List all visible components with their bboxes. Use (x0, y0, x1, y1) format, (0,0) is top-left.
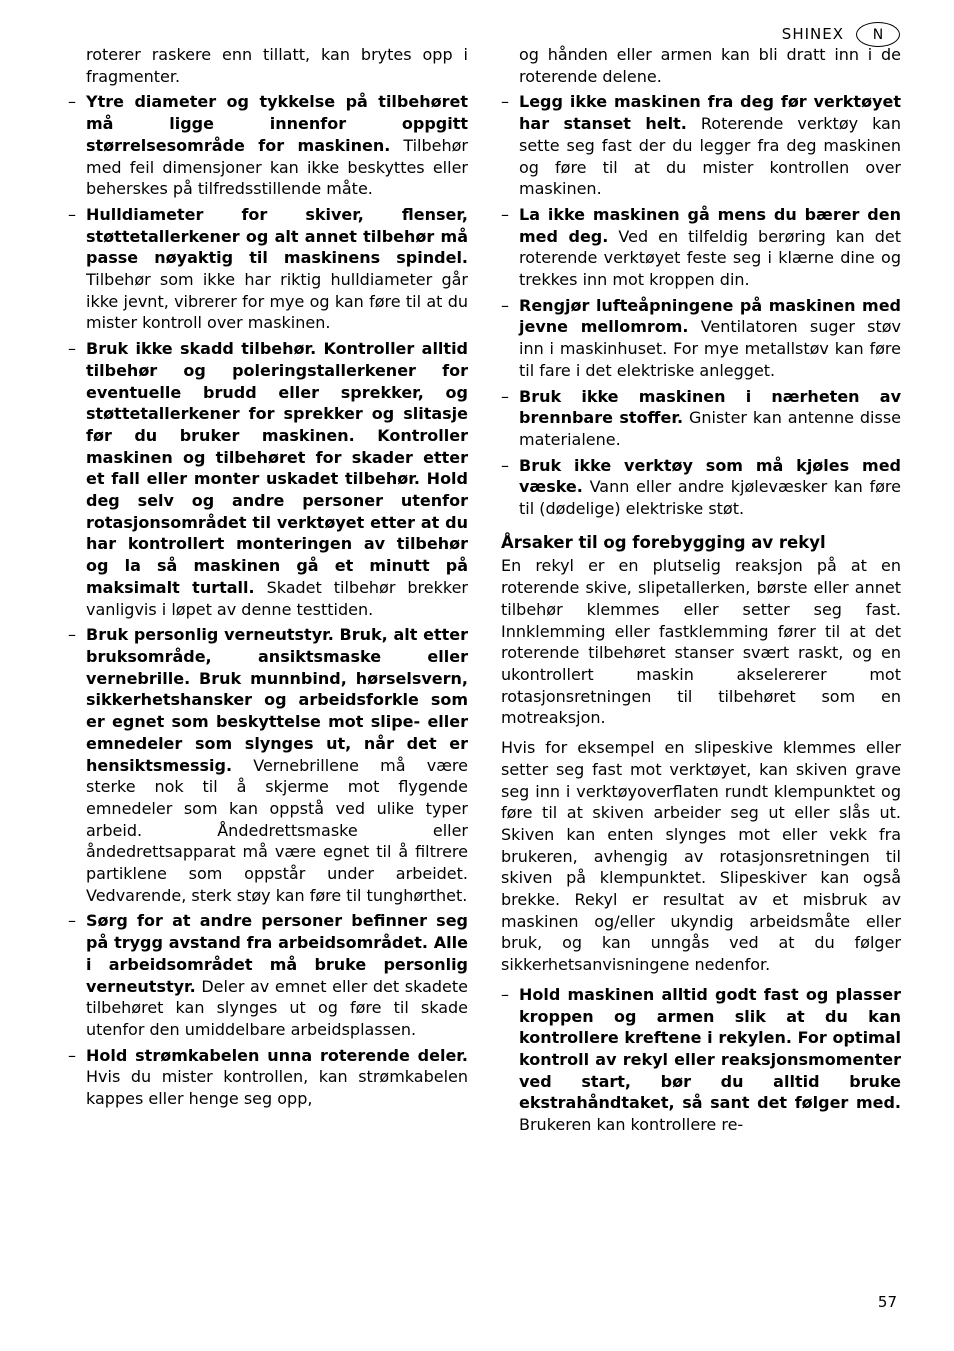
safety-list-item: – Bruk ikke skadd tilbehør. Kontroller a… (68, 338, 468, 620)
safety-list-item: – La ikke maskinen gå mens du bærer den … (501, 204, 901, 291)
text-columns: roterer raskere enn tillatt, kan brytes … (68, 44, 901, 1136)
list-item-text: Legg ikke maskinen fra deg før verktøyet… (519, 91, 901, 200)
safety-list-item: – Rengjør lufteåpningene på maskinen med… (501, 295, 901, 382)
list-item-text: Bruk ikke skadd tilbehør. Kontroller all… (86, 338, 468, 620)
dash-bullet: – (68, 91, 76, 113)
dash-bullet: – (501, 91, 509, 113)
dash-bullet: – (68, 910, 76, 932)
list-item-text: Ytre diameter og tykkelse på tilbehøret … (86, 91, 468, 200)
safety-list-item: – Bruk personlig verneutstyr. Bruk, alt … (68, 624, 468, 906)
page-footer: 57 (878, 1293, 897, 1311)
item-bold-text: Hold strømkabelen unna roterende deler. (86, 1046, 468, 1065)
dash-bullet: – (68, 204, 76, 226)
continuation-paragraph: roterer raskere enn tillatt, kan brytes … (68, 44, 468, 87)
item-bold-text: Hulldiameter for skiver, flenser, støtte… (86, 205, 468, 267)
item-body-text: Brukeren kan kontrollere re- (519, 1115, 743, 1134)
list-item-text: Hold strømkabelen unna roterende deler. … (86, 1045, 468, 1110)
list-item-text: Bruk ikke verktøy som må kjøles med væsk… (519, 455, 901, 520)
item-bold-text: Bruk personlig verneutstyr. Bruk, alt et… (86, 625, 468, 774)
item-body-text: Hvis du mister kontrollen, kan strømkabe… (86, 1067, 468, 1108)
page-number: 57 (878, 1293, 897, 1311)
item-body-text: Vernebrillene må være sterke nok til å s… (86, 756, 468, 905)
dash-bullet: – (501, 386, 509, 408)
list-item-text: La ikke maskinen gå mens du bærer den me… (519, 204, 901, 291)
right-column: og hånden eller armen kan bli dratt inn … (501, 44, 901, 1136)
section-heading: Årsaker til og forebygging av rekyl (501, 532, 901, 554)
safety-list-item: – Hold strømkabelen unna roterende deler… (68, 1045, 468, 1110)
body-paragraph: En rekyl er en plutselig reaksjon på at … (501, 555, 901, 729)
dash-bullet: – (68, 338, 76, 360)
safety-list-item: – Sørg for at andre personer befinner se… (68, 910, 468, 1040)
brand-text: SHINEX (782, 27, 844, 42)
list-item-text: Hold maskinen alltid godt fast og plasse… (519, 984, 901, 1136)
safety-list-item: – Bruk ikke maskinen i nærheten av brenn… (501, 386, 901, 451)
safety-list-item: – Ytre diameter og tykkelse på tilbehøre… (68, 91, 468, 200)
dash-bullet: – (501, 455, 509, 477)
safety-list-item: – Bruk ikke verktøy som må kjøles med væ… (501, 455, 901, 520)
manual-page: SHINEX N roterer raskere enn tillatt, ka… (0, 0, 954, 1351)
safety-list-item: – Hold maskinen alltid godt fast og plas… (501, 984, 901, 1136)
dash-bullet: – (501, 204, 509, 226)
list-item-text: Hulldiameter for skiver, flenser, støtte… (86, 204, 468, 334)
item-body-text: Tilbehør som ikke har riktig hulldiamete… (86, 270, 468, 332)
list-item-text: Rengjør lufteåpningene på maskinen med j… (519, 295, 901, 382)
safety-list-item: – Legg ikke maskinen fra deg før verktøy… (501, 91, 901, 200)
dash-bullet: – (68, 1045, 76, 1067)
list-item-text: Bruk personlig verneutstyr. Bruk, alt et… (86, 624, 468, 906)
left-column: roterer raskere enn tillatt, kan brytes … (68, 44, 468, 1136)
item-bold-text: Bruk ikke skadd tilbehør. Kontroller all… (86, 339, 468, 597)
language-badge-letter: N (873, 28, 883, 42)
dash-bullet: – (501, 295, 509, 317)
list-item-text: Sørg for at andre personer befinner seg … (86, 910, 468, 1040)
safety-list-item: – Hulldiameter for skiver, flenser, støt… (68, 204, 468, 334)
list-item-text: Bruk ikke maskinen i nærheten av brennba… (519, 386, 901, 451)
item-bold-text: Hold maskinen alltid godt fast og plasse… (519, 985, 901, 1113)
continuation-paragraph: og hånden eller armen kan bli dratt inn … (501, 44, 901, 87)
body-paragraph: Hvis for eksempel en slipeskive klemmes … (501, 737, 901, 976)
dash-bullet: – (68, 624, 76, 646)
dash-bullet: – (501, 984, 509, 1006)
